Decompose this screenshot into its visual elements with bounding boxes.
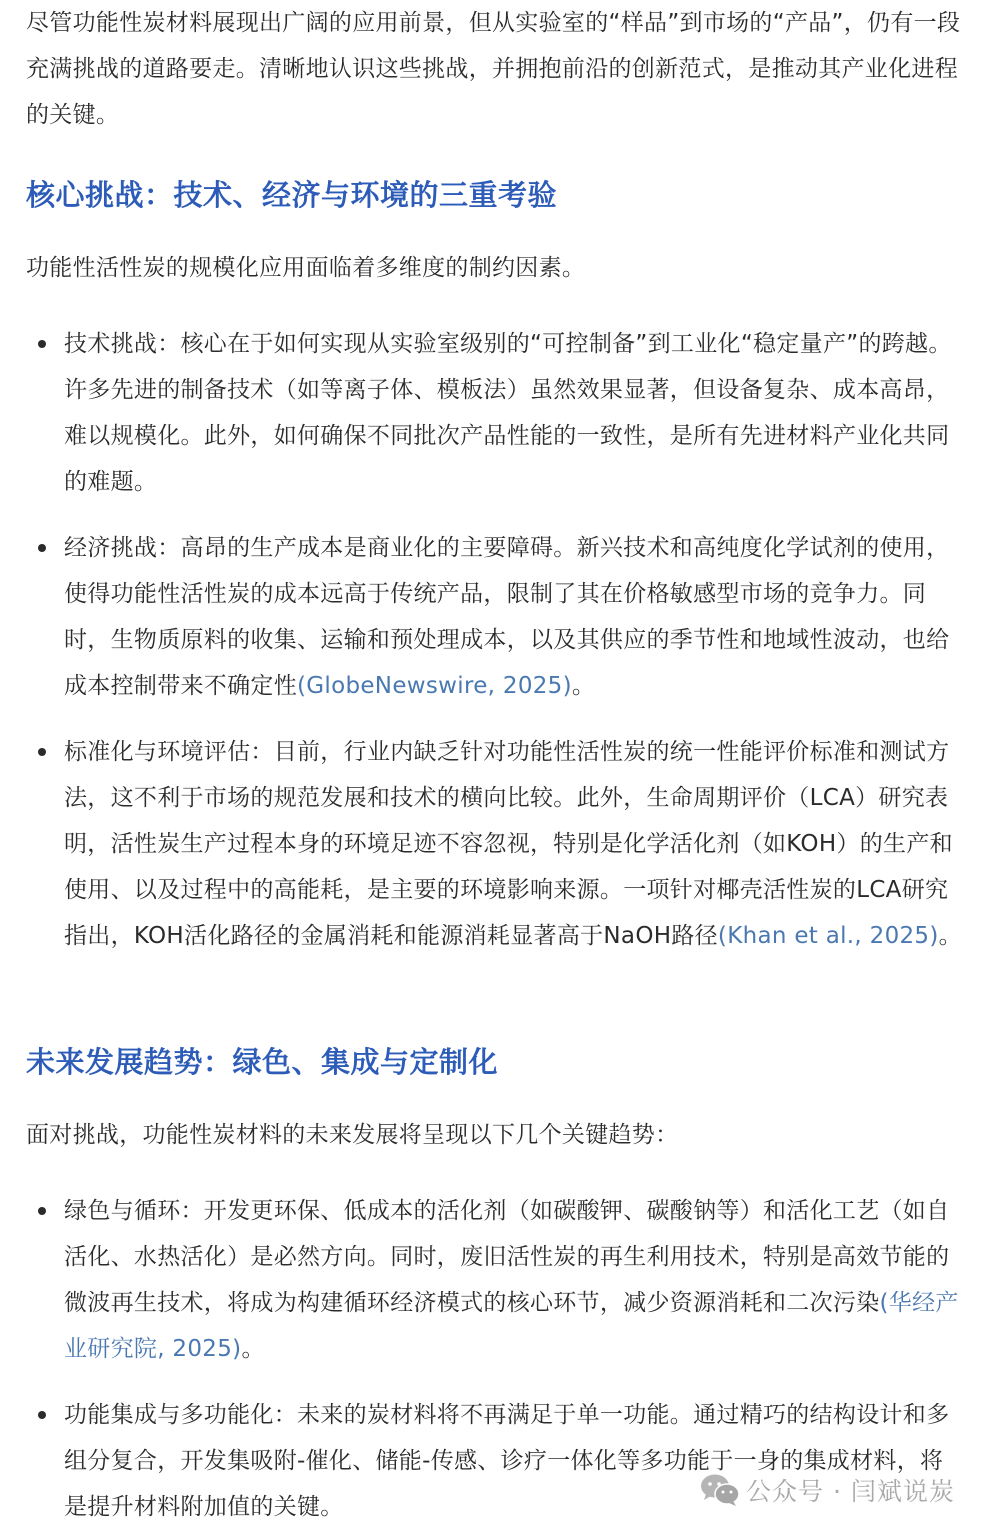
bullet-icon — [38, 1411, 46, 1419]
list-item-text: 绿色与循环：开发更环保、低成本的活化剂（如碳酸钾、碳酸钠等）和活化工艺（如自活化… — [64, 1188, 964, 1372]
list-item-economic-challenge: 经济挑战：高昂的生产成本是商业化的主要障碍。新兴技术和高纯度化学试剂的使用，使得… — [26, 525, 976, 709]
section-heading-challenges: 核心挑战：技术、经济与环境的三重考验 — [26, 175, 557, 215]
bullet-icon — [38, 1207, 46, 1215]
list-item-text: 技术挑战：核心在于如何实现从实验室级别的“可控制备”到工业化“稳定量产”的跨越。… — [64, 321, 964, 505]
intro-paragraph: 尽管功能性炭材料展现出广阔的应用前景，但从实验室的“样品”到市场的“产品”，仍有… — [26, 0, 976, 138]
list-item-text: 标准化与环境评估：目前，行业内缺乏针对功能性活性炭的统一性能评价标准和测试方法，… — [64, 729, 964, 959]
wechat-icon — [700, 1473, 740, 1507]
bullet-icon — [38, 544, 46, 552]
list-item-text: 经济挑战：高昂的生产成本是商业化的主要障碍。新兴技术和高纯度化学试剂的使用，使得… — [64, 525, 964, 709]
watermark-text: 公众号 · 闫斌说炭 — [746, 1472, 955, 1508]
section-lead-trends: 面对挑战，功能性炭材料的未来发展将呈现以下几个关键趋势： — [26, 1112, 976, 1158]
bullet-icon — [38, 748, 46, 756]
citation-link[interactable]: (Khan et al., 2025) — [718, 923, 939, 949]
list-item-standardization: 标准化与环境评估：目前，行业内缺乏针对功能性活性炭的统一性能评价标准和测试方法，… — [26, 729, 976, 959]
section-lead-challenges: 功能性活性炭的规模化应用面临着多维度的制约因素。 — [26, 245, 976, 291]
watermark: 公众号 · 闫斌说炭 — [700, 1470, 955, 1510]
section-heading-trends: 未来发展趋势：绿色、集成与定制化 — [26, 1042, 498, 1082]
bullet-icon — [38, 340, 46, 348]
list-item-green-circular: 绿色与循环：开发更环保、低成本的活化剂（如碳酸钾、碳酸钠等）和活化工艺（如自活化… — [26, 1188, 976, 1372]
citation-link[interactable]: (GlobeNewswire, 2025) — [297, 673, 572, 699]
list-item-tech-challenge: 技术挑战：核心在于如何实现从实验室级别的“可控制备”到工业化“稳定量产”的跨越。… — [26, 321, 976, 505]
